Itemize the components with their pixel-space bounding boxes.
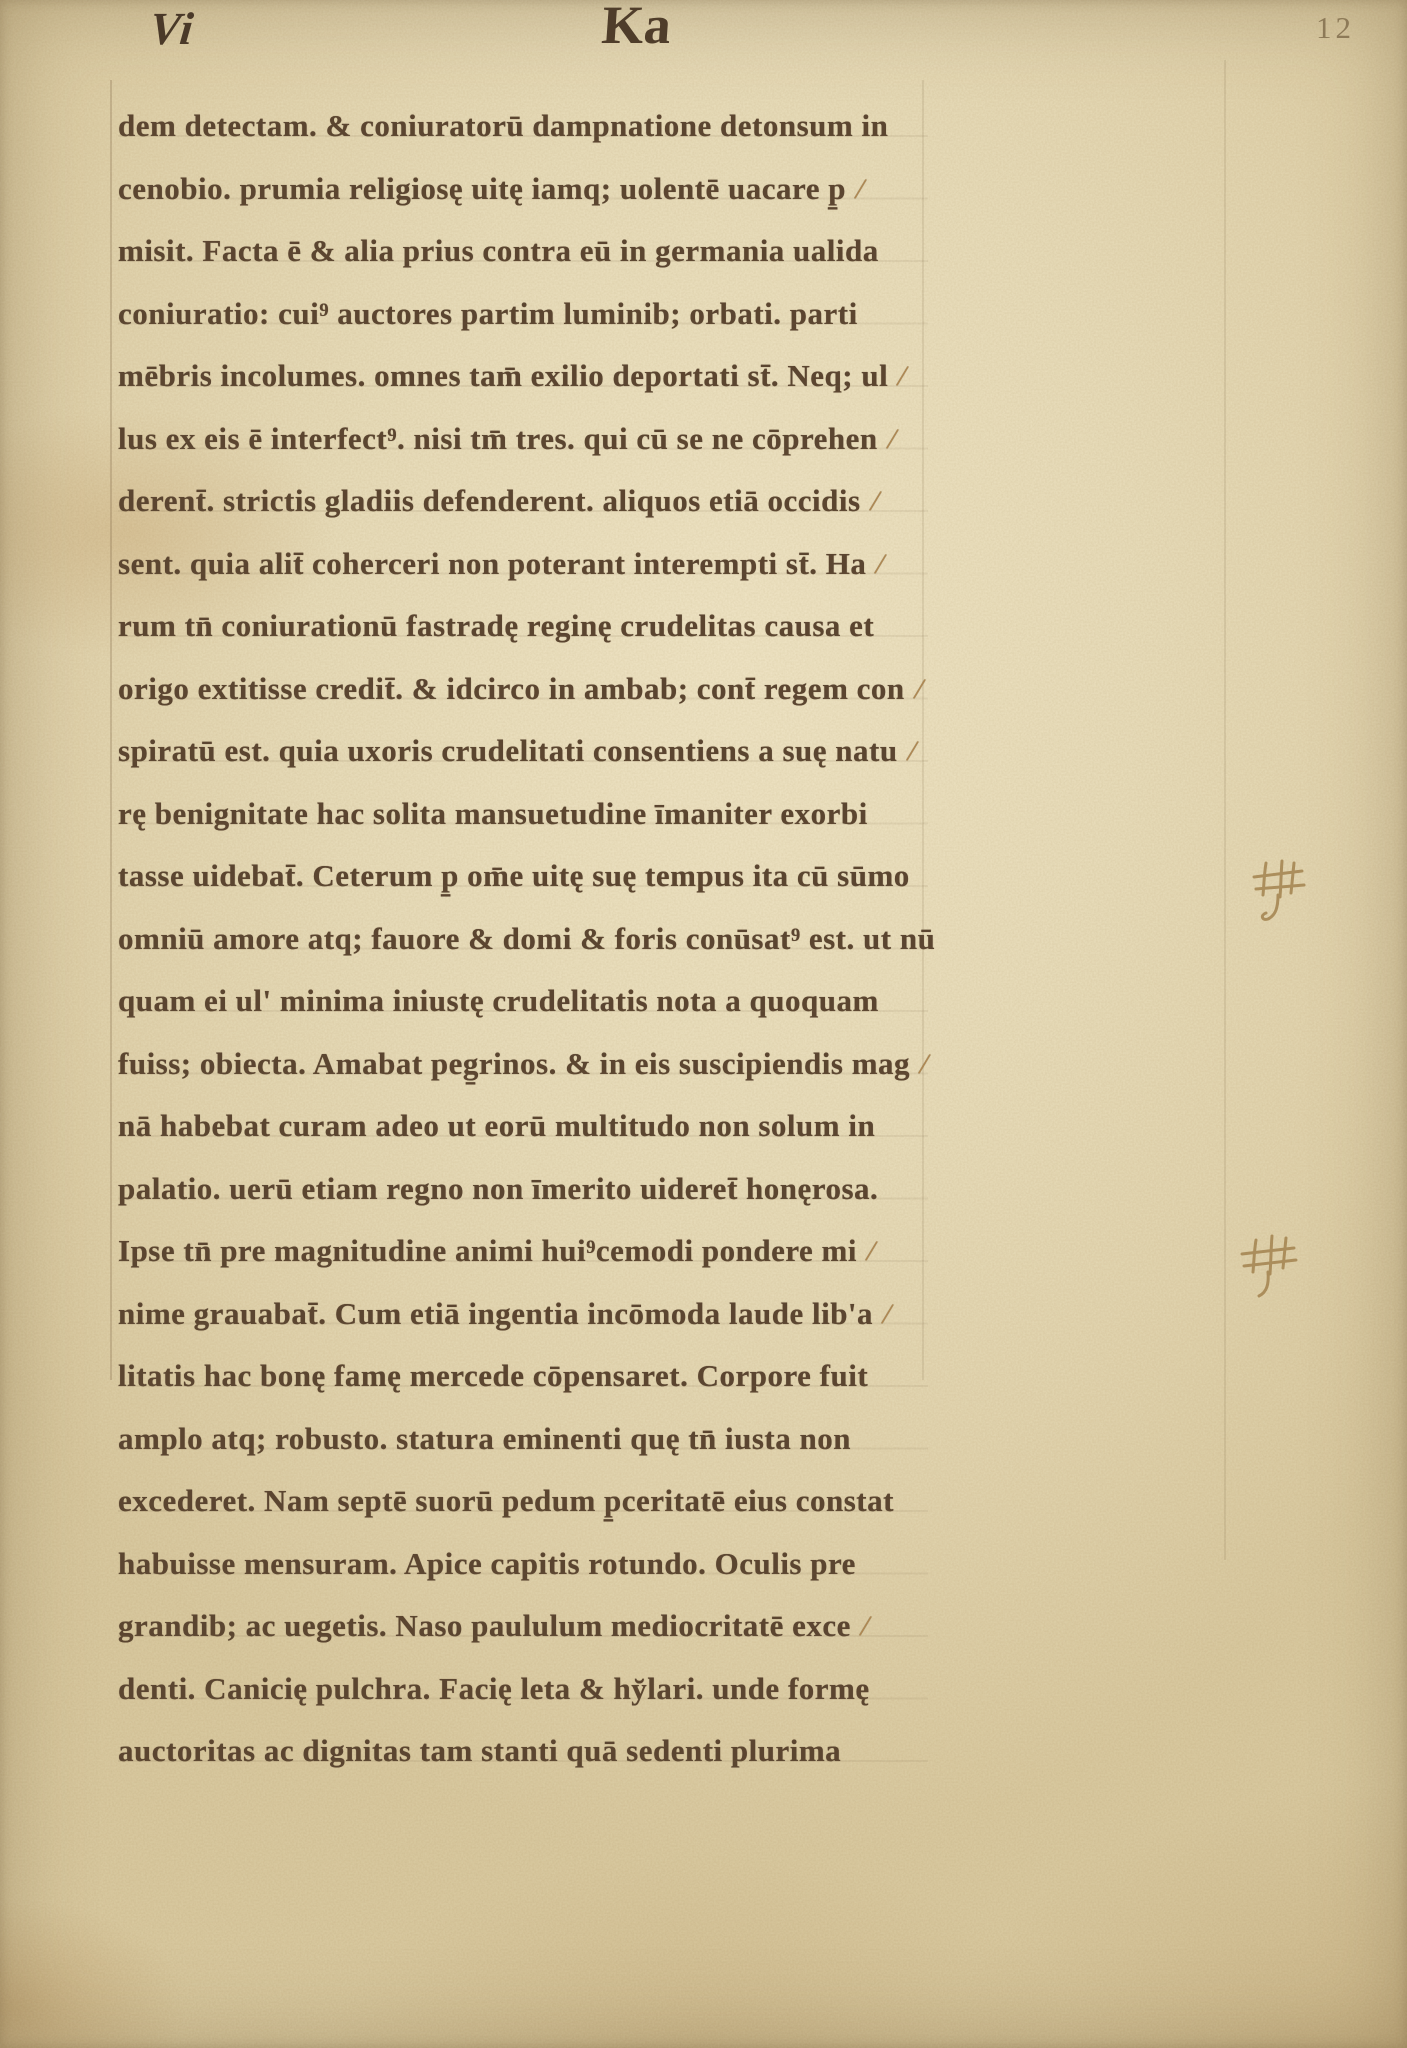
- manuscript-line: lus ex eis ē interfect⁹. nisi tm̄ tres. …: [118, 408, 928, 471]
- corrector-tick-mark: /: [908, 657, 930, 720]
- manuscript-line-text: nime grauabat̄. Cum etiā ingentia incōmo…: [118, 1296, 873, 1331]
- manuscript-line-text: rę benignitate hac solita mansuetudine ī…: [118, 796, 868, 831]
- quire-mark: Vi: [147, 2, 198, 55]
- manuscript-line-text: denti. Canicię pulchra. Facię leta & hy̆…: [118, 1671, 870, 1706]
- manuscript-line-text: habuisse mensuram. Apice capitis rotundo…: [118, 1546, 856, 1581]
- manuscript-page: Vi Ka 12 dem detectam. & coniuratorū dam…: [0, 0, 1407, 2048]
- manuscript-line: rum tn̄ coniurationū fastradę reginę cru…: [118, 595, 928, 658]
- manuscript-line: mēbris incolumes. omnes tam̄ exilio depo…: [118, 345, 928, 408]
- outer-margin-rule: [1224, 60, 1226, 1560]
- manuscript-line: grandib; ac uegetis. Naso paululum medio…: [118, 1595, 928, 1658]
- manuscript-line-text: misit. Facta ē & alia prius contra eū in…: [118, 233, 879, 268]
- manuscript-line: excederet. Nam septē suorū pedum p̱cerit…: [118, 1470, 928, 1533]
- folio-number: 12: [1316, 10, 1355, 46]
- corrector-tick-mark: /: [861, 1220, 883, 1283]
- manuscript-line: rę benignitate hac solita mansuetudine ī…: [118, 783, 928, 846]
- manuscript-line-text: litatis hac bonę famę mercede cōpensaret…: [118, 1358, 868, 1393]
- manuscript-line-text: dem detectam. & coniuratorū dampnatione …: [118, 108, 888, 143]
- corrector-tick-mark: /: [855, 1595, 877, 1658]
- running-header: Ka: [600, 0, 673, 56]
- manuscript-line-text: omniū amore atq; fauore & domi & foris c…: [118, 921, 935, 956]
- manuscript-line: coniuratio: cui⁹ auctores partim luminib…: [118, 283, 928, 346]
- manuscript-line-text: quam ei ul' minima iniustę crudelitatis …: [118, 983, 879, 1018]
- corrector-tick-mark: /: [870, 532, 892, 595]
- manuscript-line: quam ei ul' minima iniustę crudelitatis …: [118, 970, 928, 1033]
- corrector-tick-mark: /: [914, 1032, 936, 1095]
- manuscript-line: amplo atq; robusto. statura eminenti quę…: [118, 1408, 928, 1471]
- manuscript-line-text: Ipse tn̄ pre magnitudine animi hui⁹cemod…: [118, 1233, 857, 1268]
- manuscript-line: sent. quia alit̄ coherceri non poterant …: [118, 533, 928, 596]
- manuscript-line-text: palatio. uerū etiam regno non īmerito ui…: [118, 1171, 878, 1206]
- manuscript-line-text: coniuratio: cui⁹ auctores partim luminib…: [118, 296, 858, 331]
- manuscript-line-text: auctoritas ac dignitas tam stanti quā se…: [118, 1733, 841, 1768]
- manuscript-line: dem detectam. & coniuratorū dampnatione …: [118, 95, 928, 158]
- manuscript-line-text: derent̄. strictis gladiis defenderent. a…: [118, 483, 861, 518]
- manuscript-line-text: lus ex eis ē interfect⁹. nisi tm̄ tres. …: [118, 421, 878, 456]
- nota-mark-icon: [1238, 1228, 1300, 1306]
- manuscript-line: derent̄. strictis gladiis defenderent. a…: [118, 470, 928, 533]
- manuscript-line-text: grandib; ac uegetis. Naso paululum medio…: [118, 1608, 851, 1643]
- manuscript-line-text: spiratū est. quia uxoris crudelitati con…: [118, 733, 898, 768]
- corrector-tick-mark: /: [864, 470, 886, 533]
- manuscript-line: fuiss; obiecta. Amabat peg̱rinos. & in e…: [118, 1033, 928, 1096]
- manuscript-line-text: nā habebat curam adeo ut eorū multitudo …: [118, 1108, 875, 1143]
- corrector-tick-mark: /: [850, 157, 872, 220]
- manuscript-line: tasse uidebat̄. Ceterum p̱ om̄e uitę suę…: [118, 845, 928, 908]
- manuscript-line-text: rum tn̄ coniurationū fastradę reginę cru…: [118, 608, 874, 643]
- manuscript-line-text: cenobio. prumia religiosę uitę iamq; uol…: [118, 171, 846, 206]
- manuscript-line: litatis hac bonę famę mercede cōpensaret…: [118, 1345, 928, 1408]
- manuscript-line-text: tasse uidebat̄. Ceterum p̱ om̄e uitę suę…: [118, 858, 910, 893]
- text-block: dem detectam. & coniuratorū dampnatione …: [118, 95, 928, 1783]
- manuscript-line: auctoritas ac dignitas tam stanti quā se…: [118, 1720, 928, 1783]
- corrector-tick-mark: /: [881, 407, 903, 470]
- manuscript-line-text: fuiss; obiecta. Amabat peg̱rinos. & in e…: [118, 1046, 910, 1081]
- manuscript-line: spiratū est. quia uxoris crudelitati con…: [118, 720, 928, 783]
- manuscript-line-text: mēbris incolumes. omnes tam̄ exilio depo…: [118, 358, 888, 393]
- manuscript-line: nā habebat curam adeo ut eorū multitudo …: [118, 1095, 928, 1158]
- corrector-tick-mark: /: [901, 720, 923, 783]
- manuscript-line-text: amplo atq; robusto. statura eminenti quę…: [118, 1421, 851, 1456]
- corrector-tick-mark: /: [892, 345, 914, 408]
- manuscript-line: palatio. uerū etiam regno non īmerito ui…: [118, 1158, 928, 1221]
- manuscript-line: misit. Facta ē & alia prius contra eū in…: [118, 220, 928, 283]
- manuscript-line: nime grauabat̄. Cum etiā ingentia incōmo…: [118, 1283, 928, 1346]
- manuscript-line: cenobio. prumia religiosę uitę iamq; uol…: [118, 158, 928, 221]
- manuscript-line: denti. Canicię pulchra. Facię leta & hy̆…: [118, 1658, 928, 1721]
- manuscript-line-text: sent. quia alit̄ coherceri non poterant …: [118, 546, 866, 581]
- manuscript-line: origo extitisse credit̄. & idcirco in am…: [118, 658, 928, 721]
- manuscript-line-text: origo extitisse credit̄. & idcirco in am…: [118, 671, 905, 706]
- left-margin-rule: [110, 80, 112, 1380]
- corrector-tick-mark: /: [877, 1282, 899, 1345]
- manuscript-line-text: excederet. Nam septē suorū pedum p̱cerit…: [118, 1483, 894, 1518]
- manuscript-line: habuisse mensuram. Apice capitis rotundo…: [118, 1533, 928, 1596]
- nota-mark-icon: [1248, 855, 1310, 933]
- manuscript-line: omniū amore atq; fauore & domi & foris c…: [118, 908, 928, 971]
- manuscript-line: Ipse tn̄ pre magnitudine animi hui⁹cemod…: [118, 1220, 928, 1283]
